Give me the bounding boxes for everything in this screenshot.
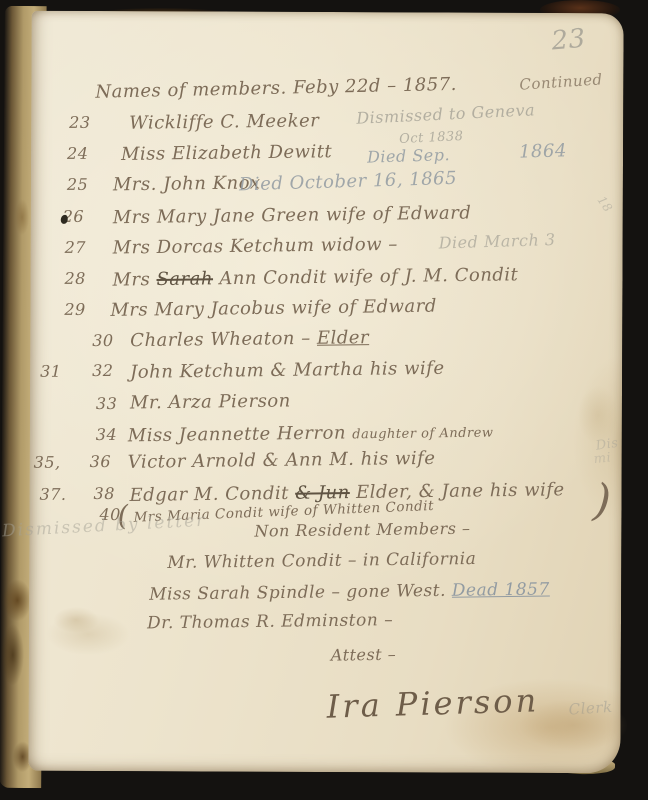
entry-name-rest: Ann Condit wife of J. M. Condit	[219, 264, 518, 289]
entry-number: 34	[96, 425, 117, 444]
entry-death-correction: Oct 1838	[399, 129, 464, 147]
margin-edge-mark: 18	[595, 194, 616, 215]
entry-name: Mrs Sarah Ann Condit wife of J. M. Condi…	[112, 264, 518, 290]
entry-number: 25	[67, 175, 88, 194]
entry-number: 27	[65, 238, 86, 257]
entry-number: 37.	[40, 485, 67, 504]
entry-name-text: Charles Wheaton –	[130, 328, 311, 351]
non-resident-entry: Dr. Thomas R. Edminston –	[147, 610, 393, 633]
entry-number: 24	[67, 144, 88, 163]
relationship-note: daughter of Andrew	[352, 426, 493, 443]
elder-designation: Elder	[317, 327, 369, 349]
entry-name: Miss Elizabeth Dewitt	[121, 141, 332, 165]
entry-number: 30	[92, 331, 113, 350]
entry-death-note: Died October 16, 1865	[239, 168, 458, 196]
entry-name-prefix: Edgar M. Condit	[129, 483, 289, 506]
entry-name: Mrs Mary Jacobus wife of Edward	[110, 296, 437, 321]
paper-stain	[53, 607, 99, 633]
paper-stain	[578, 385, 618, 445]
section-heading: Non Resident Members –	[254, 519, 470, 541]
entry-name: Mrs Dorcas Ketchum widow –	[113, 234, 398, 259]
non-resident-entry: Mr. Whitten Condit – in California	[167, 549, 476, 573]
entry-number: 35,	[34, 453, 61, 472]
entry-name: Mrs Mary Jane Green wife of Edward	[113, 203, 472, 229]
entry-number: 23	[69, 113, 90, 132]
dead-note: Dead 1857	[452, 579, 550, 600]
entry-number: 38	[94, 484, 115, 503]
entry-number: 33	[96, 394, 117, 413]
register-page: 23 Names of members. Feby 22d – 1857. Co…	[28, 11, 623, 774]
faint-margin-note: mi	[593, 450, 612, 467]
entry-death-note: Died Sep.	[367, 145, 451, 167]
entry-name: Mr. Arza Pierson	[130, 390, 291, 413]
entry-number: 32	[92, 361, 113, 380]
photo-of-register-page: 23 Names of members. Feby 22d – 1857. Co…	[0, 0, 648, 800]
entry-number: 28	[64, 269, 85, 288]
closing-paren: )	[592, 475, 613, 527]
entry-number: 36	[90, 452, 111, 471]
attest-label: Attest –	[331, 645, 397, 665]
entry-number: 29	[64, 300, 85, 319]
entry-name: Charles Wheaton – Elder	[130, 327, 369, 351]
paper-stain	[518, 699, 628, 751]
header-continued: Continued	[519, 70, 603, 93]
non-resident-entry: Miss Sarah Spindle – gone West. Dead 185…	[149, 579, 550, 604]
entry-name: Wickliffe C. Meeker	[129, 110, 319, 133]
entry-name: Victor Arnold & Ann M. his wife	[128, 448, 436, 473]
entry-annotation: Dismissed to Geneva	[356, 100, 536, 128]
entry-text: Miss Sarah Spindle – gone West.	[149, 581, 446, 605]
entry-name: Miss Jeannette Herron daughter of Andrew	[128, 421, 494, 447]
entry-number: 31	[40, 362, 61, 381]
page-number: 23	[550, 24, 586, 57]
clerk-signature: Ira Pierson	[326, 681, 540, 725]
entry-death-year: 1864	[519, 140, 567, 162]
entry-name-prefix: Mrs	[112, 269, 150, 290]
struck-name: Sarah	[156, 268, 213, 290]
entry-annotation: Died March 3	[438, 230, 555, 253]
entry-name-text: Miss Jeannette Herron	[128, 422, 346, 446]
page-title: Names of members. Feby 22d – 1857.	[95, 74, 457, 103]
entry-name: John Ketchum & Martha his wife	[130, 358, 445, 383]
